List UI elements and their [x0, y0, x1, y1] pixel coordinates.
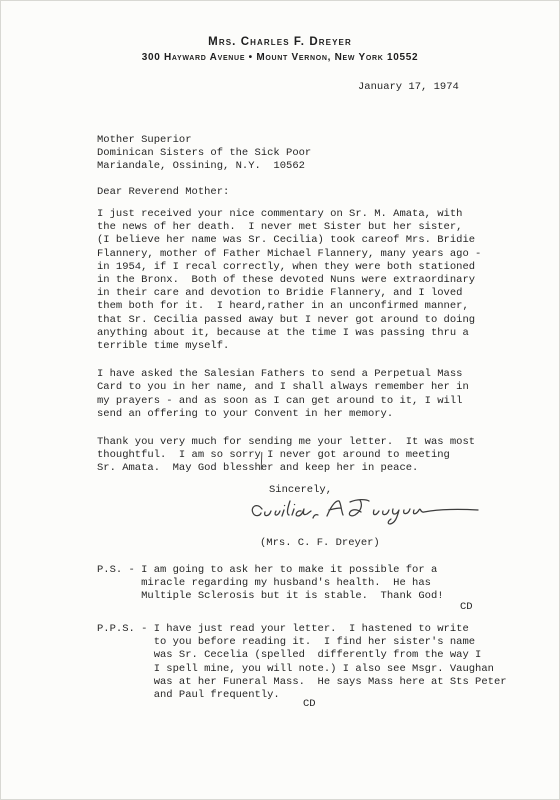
post-postscript-initials: CD: [303, 698, 316, 711]
post-postscript: P.P.S. - I have just read your letter. I…: [97, 623, 507, 702]
paragraph-2: I have asked the Salesian Fathers to sen…: [97, 368, 481, 421]
postscript-initials: CD: [460, 601, 473, 614]
letterhead-address: 300 Hayward Avenue • Mount Vernon, New Y…: [1, 52, 559, 63]
salutation: Dear Reverend Mother:: [97, 186, 229, 199]
handwritten-signature: [247, 496, 483, 530]
letter-page: Mrs. Charles F. Dreyer 300 Hayward Avenu…: [0, 0, 560, 800]
letter-date: January 17, 1974: [358, 81, 459, 94]
letter-body: I just received your nice commentary on …: [97, 208, 481, 491]
typed-signature-name: (Mrs. C. F. Dreyer): [260, 537, 380, 550]
paragraph-3: Thank you very much for sending me your …: [97, 436, 481, 476]
letterhead-name: Mrs. Charles F. Dreyer: [1, 36, 559, 48]
recipient-address: Mother Superior Dominican Sisters of the…: [97, 134, 311, 174]
postscript: P.S. - I am going to ask her to make it …: [97, 564, 444, 604]
paragraph-1: I just received your nice commentary on …: [97, 208, 481, 353]
